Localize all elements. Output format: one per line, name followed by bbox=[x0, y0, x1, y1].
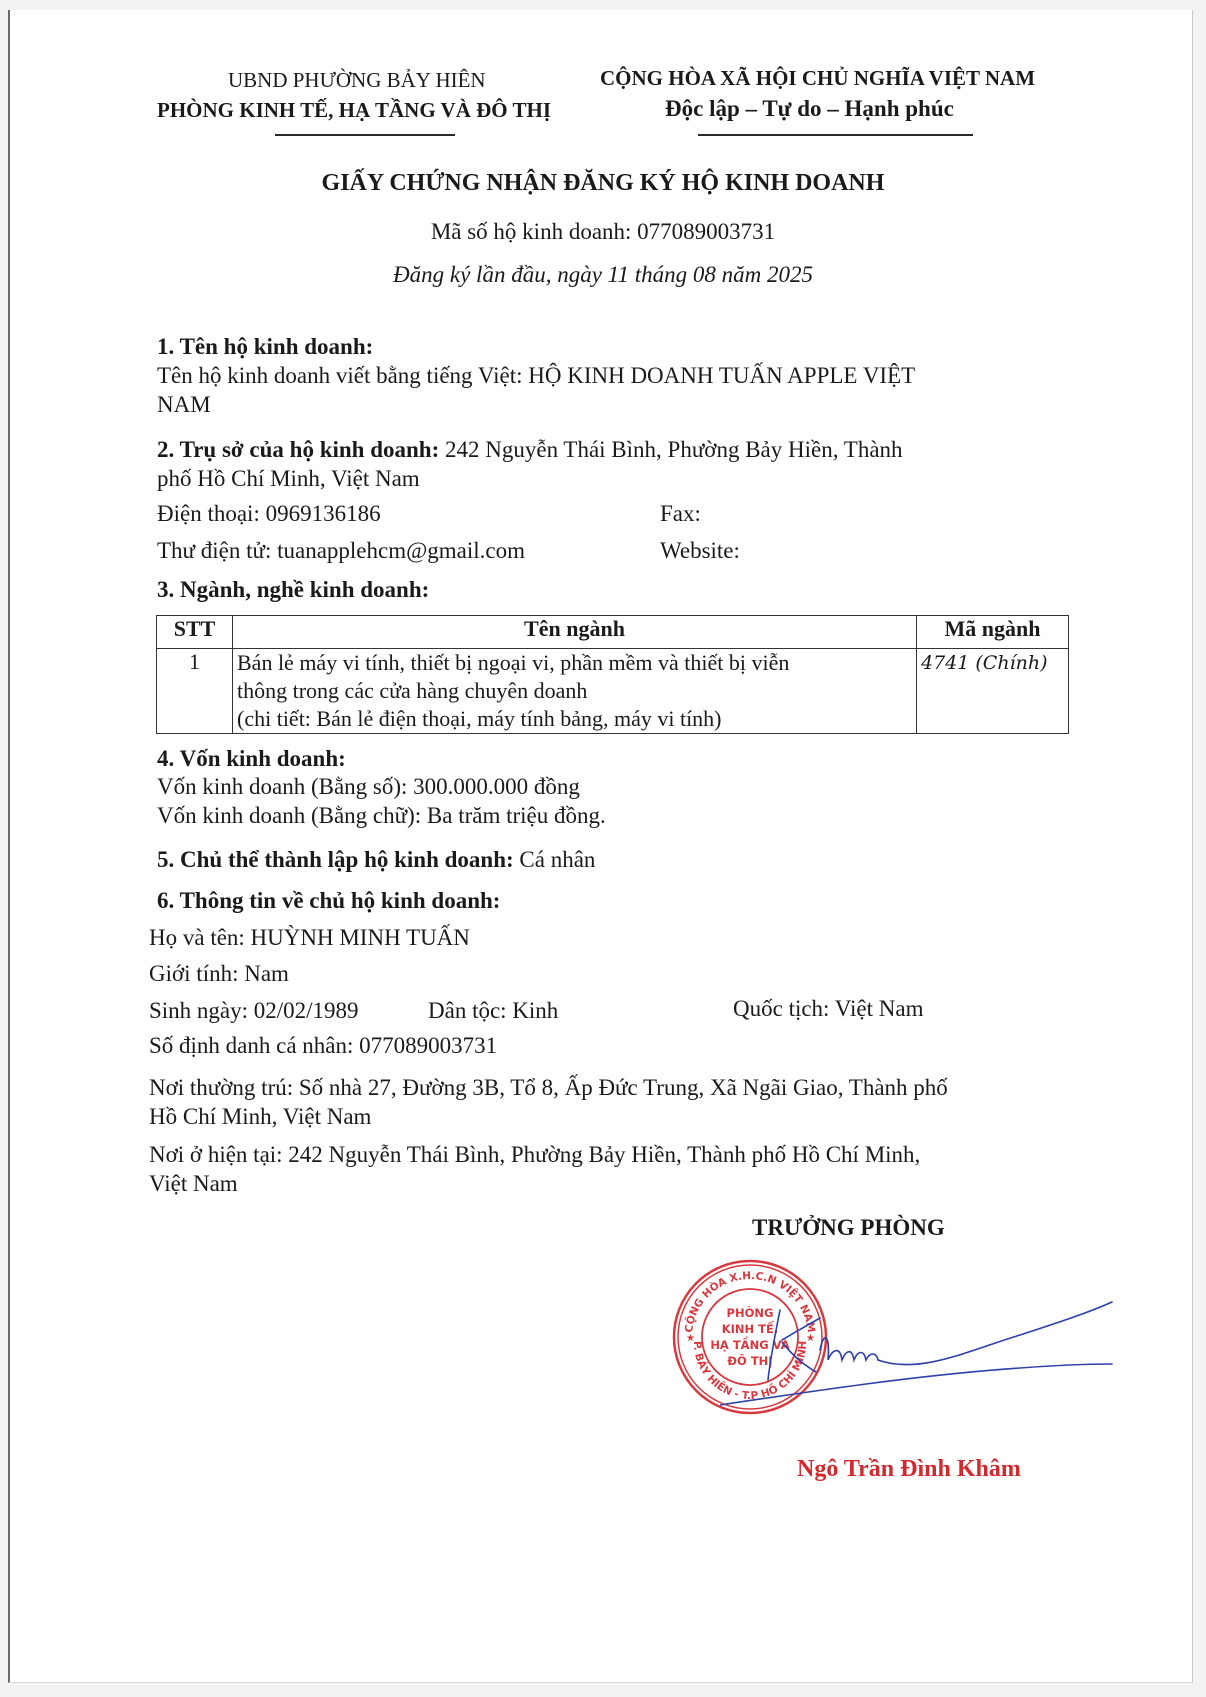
section-1-heading: 1. Tên hộ kinh doanh: bbox=[157, 334, 373, 360]
owner-gender: Giới tính: Nam bbox=[149, 961, 289, 987]
headquarters-address: 242 Nguyễn Thái Bình, Phường Bảy Hiền, T… bbox=[439, 437, 902, 462]
row-stt: 1 bbox=[157, 649, 233, 734]
owner-dob: Sinh ngày: 02/02/1989 bbox=[149, 998, 359, 1024]
section-4-heading: 4. Vốn kinh doanh: bbox=[157, 746, 346, 772]
signatory-title: TRƯỞNG PHÒNG bbox=[752, 1215, 945, 1241]
email: Thư điện tử: tuanapplehcm@gmail.com bbox=[157, 538, 525, 564]
founder-type: Cá nhân bbox=[514, 847, 596, 872]
table-header-row: STT Tên ngành Mã ngành bbox=[157, 616, 1069, 649]
signatory-name: Ngô Trần Đình Khâm bbox=[797, 1456, 1021, 1483]
business-line-text-1: Bán lẻ máy vi tính, thiết bị ngoại vi, p… bbox=[237, 649, 912, 677]
owner-permanent-address-1: Nơi thường trú: Số nhà 27, Đường 3B, Tổ … bbox=[149, 1075, 948, 1101]
svg-text:★: ★ bbox=[686, 1333, 695, 1344]
table-row: 1 Bán lẻ máy vi tính, thiết bị ngoại vi,… bbox=[157, 649, 1069, 734]
phone: Điện thoại: 0969136186 bbox=[157, 501, 381, 527]
owner-full-name: Họ và tên: HUỲNH MINH TUẤN bbox=[149, 925, 470, 951]
capital-numeric: Vốn kinh doanh (Bằng số): 300.000.000 đồ… bbox=[157, 774, 580, 800]
section-2-heading: 2. Trụ sở của hộ kinh doanh: bbox=[157, 437, 439, 462]
national-motto: Độc lập – Tự do – Hạnh phúc bbox=[665, 96, 954, 122]
row-business-line: Bán lẻ máy vi tính, thiết bị ngoại vi, p… bbox=[233, 649, 917, 734]
right-header-underline bbox=[698, 134, 973, 136]
fax: Fax: bbox=[660, 501, 701, 527]
section-6-heading: 6. Thông tin về chủ hộ kinh doanh: bbox=[157, 888, 500, 914]
issuing-department: PHÒNG KINH TẾ, HẠ TẦNG VÀ ĐÔ THỊ bbox=[157, 98, 551, 123]
owner-id-number: Số định danh cá nhân: 077089003731 bbox=[149, 1033, 497, 1059]
left-header-underline bbox=[275, 134, 455, 136]
headquarters-line-1: 2. Trụ sở của hộ kinh doanh: 242 Nguyễn … bbox=[157, 437, 903, 463]
national-title: CỘNG HÒA XÃ HỘI CHỦ NGHĨA VIỆT NAM bbox=[600, 66, 1035, 91]
website: Website: bbox=[660, 538, 740, 564]
business-name-line-1: Tên hộ kinh doanh viết bằng tiếng Việt: … bbox=[157, 363, 915, 389]
owner-permanent-address-2: Hồ Chí Minh, Việt Nam bbox=[149, 1104, 371, 1130]
section-5-heading: 5. Chủ thể thành lập hộ kinh doanh: bbox=[157, 847, 514, 872]
column-header-name: Tên ngành bbox=[233, 616, 917, 649]
issuing-authority: UBND PHƯỜNG BẢY HIÊN bbox=[228, 68, 486, 93]
column-header-stt: STT bbox=[157, 616, 233, 649]
handwritten-signature-icon bbox=[720, 1280, 1120, 1410]
business-line-text-3: (chi tiết: Bán lẻ điện thoại, máy tính b… bbox=[237, 705, 912, 733]
business-line-text-2: thông trong các cửa hàng chuyên doanh bbox=[237, 677, 912, 705]
owner-ethnicity: Dân tộc: Kinh bbox=[428, 998, 558, 1024]
founder-type-line: 5. Chủ thể thành lập hộ kinh doanh: Cá n… bbox=[157, 847, 595, 873]
headquarters-line-2: phố Hồ Chí Minh, Việt Nam bbox=[157, 466, 420, 492]
business-code: Mã số hộ kinh doanh: 077089003731 bbox=[0, 219, 1206, 245]
owner-current-address-1: Nơi ở hiện tại: 242 Nguyễn Thái Bình, Ph… bbox=[149, 1142, 920, 1168]
section-3-heading: 3. Ngành, nghề kinh doanh: bbox=[157, 577, 429, 603]
business-lines-table: STT Tên ngành Mã ngành 1 Bán lẻ máy vi t… bbox=[156, 615, 1069, 734]
business-name-line-2: NAM bbox=[157, 392, 211, 418]
registration-date: Đăng ký lần đầu, ngày 11 tháng 08 năm 20… bbox=[0, 262, 1206, 288]
row-code: 4741 (Chính) bbox=[917, 649, 1069, 734]
owner-nationality: Quốc tịch: Việt Nam bbox=[733, 996, 923, 1022]
capital-words: Vốn kinh doanh (Bằng chữ): Ba trăm triệu… bbox=[157, 803, 606, 829]
document-title: GIẤY CHỨNG NHẬN ĐĂNG KÝ HỘ KINH DOANH bbox=[0, 170, 1206, 197]
owner-current-address-2: Việt Nam bbox=[149, 1171, 238, 1197]
column-header-code: Mã ngành bbox=[917, 616, 1069, 649]
